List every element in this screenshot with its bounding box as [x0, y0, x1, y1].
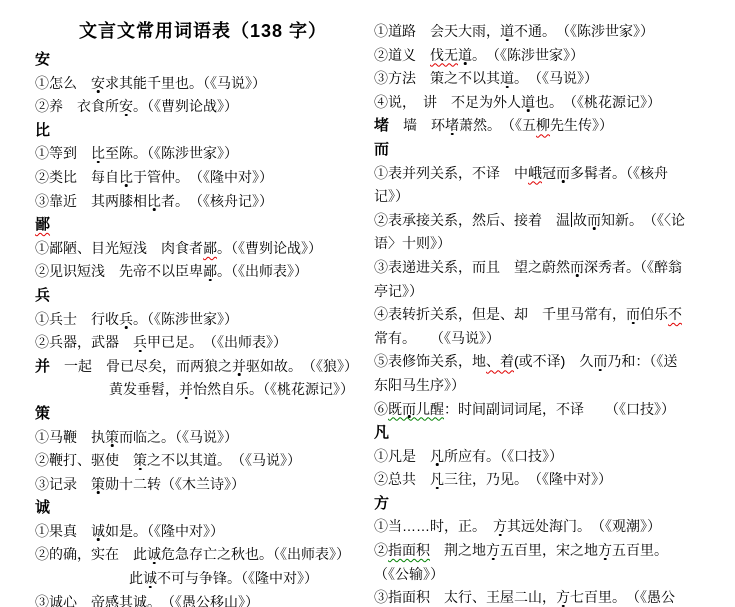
emphasized-character: 而: [626, 306, 640, 322]
text-segment: ②: [374, 542, 388, 558]
text-segment: 此: [129, 570, 143, 586]
text-line[interactable]: ②见识短浅 先帝不以臣卑鄙。（《出师表》）: [35, 260, 371, 284]
text-segment: 。 （《陈涉世家》）: [472, 47, 584, 63]
text-line[interactable]: 黄发垂髫，并怡然自乐。（《桃花源记》）: [35, 378, 371, 402]
entry-header-line[interactable]: 鄙: [35, 213, 371, 237]
emphasized-character: 道: [500, 23, 514, 39]
headword: 堵: [374, 117, 389, 134]
text-segment: 知新。 （《〈论: [601, 212, 685, 228]
emphasized-character: 策: [105, 429, 119, 445]
grammarcheck-underlined-text: 儿醒: [416, 401, 444, 417]
spellcheck-underlined-text: 柳: [536, 117, 550, 133]
text-segment: ①怎么: [35, 75, 91, 91]
text-line[interactable]: ①马鞭 执策而临之。（《马说》）: [35, 426, 371, 450]
text-segment: 乃和：（《送: [607, 353, 677, 369]
text-line[interactable]: ②鞭打、驱使 策之不以其道。 （《马说》）: [35, 449, 371, 473]
text-segment: 三往，乃见。 （《隆中对》）: [444, 471, 612, 487]
text-segment: 之不以其道。 （《马说》）: [147, 452, 301, 468]
text-segment: 一起 骨已尽矣，而两狼之: [50, 358, 232, 374]
text-segment: 荆之地: [430, 542, 486, 558]
text-segment: ④说， 讲 不足为外人: [374, 94, 521, 110]
emphasized-character: 比: [147, 193, 161, 209]
spellcheck-underlined-text: 伐无: [430, 47, 458, 63]
emphasized-character: 并: [179, 381, 193, 397]
text-segment: ②养 衣食所: [35, 98, 119, 114]
text-segment: ②类比 每自: [35, 169, 119, 185]
text-segment: ：时间副词词尾，不译 （《口技》）: [444, 401, 675, 417]
emphasized-character: 诚: [133, 594, 147, 607]
grammarcheck-underlined-text: 指面积: [388, 542, 430, 558]
emphasized-character: 安: [119, 98, 133, 114]
text-segment: 求其能千里也。（《马说》）: [105, 75, 266, 91]
text-line[interactable]: ⑥既而儿醒：时间副词词尾，不译 （《口技》）: [374, 398, 734, 422]
text-line[interactable]: ②兵器，武器 兵甲已足。 （《出师表》）: [35, 331, 371, 355]
emphasized-character: 道: [458, 47, 472, 63]
emphasized-character: 而: [587, 212, 601, 228]
entry-header-line[interactable]: 而: [374, 138, 734, 162]
text-segment: 。 （《马说》）: [514, 70, 598, 86]
text-segment: ②兵器，武器: [35, 334, 133, 350]
entry-header-line[interactable]: 兵: [35, 284, 371, 308]
text-segment: 五百里，宋之地: [500, 542, 598, 558]
text-segment: ③指面积 太行、王屋二山，: [374, 589, 556, 605]
text-segment: 驱如故。 （《狼》）: [246, 358, 358, 374]
text-line[interactable]: ③指面积 太行、王屋二山，方七百里。 （《愚公: [374, 586, 734, 607]
text-segment: 不可与争锋。（《隆中对》）: [157, 570, 318, 586]
text-segment: ③记录: [35, 476, 91, 492]
left-column-lines: 安①怎么 安求其能千里也。（《马说》）②养 衣食所安。（《曹刿论战》）比①等到 …: [35, 48, 371, 607]
emphasized-character: 兵: [119, 311, 133, 327]
text-segment: 黄发垂髫，: [109, 381, 179, 397]
emphasized-character: 道: [500, 70, 514, 86]
text-segment: 深秀者。（《醉翁: [584, 259, 682, 275]
text-segment: ②鞭打、驱使: [35, 452, 133, 468]
text-segment: 至陈。（《陈涉世家》）: [105, 145, 238, 161]
text-segment: 墙 环: [389, 117, 445, 133]
text-segment: 常有。 （《马说》）: [374, 330, 500, 346]
text-segment: ③靠近 其两膝相: [35, 193, 147, 209]
headword: 方: [374, 495, 389, 512]
grammarcheck-underlined-text: 而: [402, 401, 416, 417]
text-segment: 。（《出师表》）: [217, 263, 308, 279]
headword: 并: [35, 358, 50, 375]
text-line[interactable]: ②指面积 荆之地方五百里，宋之地方五百里。: [374, 539, 734, 563]
text-segment: ②总共: [374, 471, 430, 487]
text-segment: ①兵士 行收: [35, 311, 119, 327]
emphasized-character: 方: [493, 518, 507, 534]
text-segment: 故: [573, 212, 587, 228]
text-segment: 七百里。 （《愚公: [570, 589, 675, 605]
spellcheck-underlined-text: 不: [668, 306, 682, 322]
text-line[interactable]: ②的确，实在 此诚危急存亡之秋也。（《出师表》）: [35, 543, 371, 567]
text-segment: ①果真: [35, 523, 91, 539]
document-title[interactable]: 文言文常用词语表（138 字）: [35, 16, 371, 48]
text-segment: 伯乐: [640, 306, 668, 322]
emphasized-character: 并: [232, 358, 246, 374]
emphasized-character: 比: [91, 145, 105, 161]
headword: 兵: [35, 287, 50, 304]
text-segment: ②表承接关系，然后、接着 温: [374, 212, 570, 228]
headword: 而: [374, 141, 389, 158]
headword: 凡: [374, 424, 389, 441]
text-cursor: [571, 212, 572, 227]
emphasized-character: 策: [133, 452, 147, 468]
text-line[interactable]: 此诚不可与争锋。（《隆中对》）: [35, 567, 371, 591]
text-segment: 先生传》）: [550, 117, 613, 133]
headword: 鄙: [35, 216, 50, 233]
text-segment: 也。 （《桃花源记》）: [535, 94, 661, 110]
text-segment: （《公输》）: [374, 566, 444, 582]
text-segment: 东阳马生序》）: [374, 377, 465, 393]
text-line[interactable]: ④说， 讲 不足为外人道也。 （《桃花源记》）: [374, 91, 734, 115]
emphasized-character: 方: [486, 542, 500, 558]
right-column-lines: ①道路 会天大雨，道不通。 （《陈涉世家》）②道义 伐无道。 （《陈涉世家》）③…: [374, 20, 734, 607]
text-segment: 多髯者。（《核舟: [570, 165, 668, 181]
left-text-column: 文言文常用词语表（138 字） 安①怎么 安求其能千里也。（《马说》）②养 衣食…: [35, 16, 371, 607]
emphasized-character: 凡: [430, 471, 444, 487]
text-line[interactable]: ②总共 凡三往，乃见。 （《隆中对》）: [374, 468, 734, 492]
text-segment: 危急存亡之秋也。（《出师表》）: [161, 546, 350, 562]
text-line[interactable]: ③表递进关系，而且 望之蔚然而深秀者。（《醉翁: [374, 256, 734, 280]
text-line[interactable]: ③诚心 帝感其诚。 （《愚公移山》）: [35, 591, 371, 607]
text-segment: 冠: [542, 165, 556, 181]
text-line[interactable]: 并 一起 骨已尽矣，而两狼之并驱如故。 （《狼》）: [35, 355, 371, 379]
text-line[interactable]: ③方法 策之不以其道。 （《马说》）: [374, 67, 734, 91]
text-line[interactable]: ①道路 会天大雨，道不通。 （《陈涉世家》）: [374, 20, 734, 44]
spellcheck-underlined-text: 、着: [486, 353, 514, 369]
text-segment: 语〉十则》）: [374, 235, 451, 251]
text-segment: 亭记》）: [374, 283, 423, 299]
text-segment: ④表转折关系，但是、却 千里马常有，: [374, 306, 626, 322]
text-segment: 者。 （《核舟记》）: [161, 193, 273, 209]
text-segment: ②道义: [374, 47, 430, 63]
grammarcheck-underlined-text: 既: [388, 401, 402, 417]
text-line[interactable]: （《公输》）: [374, 563, 734, 587]
emphasized-character: 道: [521, 94, 535, 110]
spellcheck-underlined-text: 鄙: [203, 240, 217, 256]
text-line[interactable]: ①凡是 凡所应有。（《口技》）: [374, 445, 734, 469]
text-segment: ①当……时，正。: [374, 518, 493, 534]
headword: 诚: [35, 499, 50, 516]
text-segment: 如是。（《隆中对》）: [105, 523, 224, 539]
text-line[interactable]: ①表并列关系，不译 中峨冠而多髯者。（《核舟: [374, 162, 734, 186]
emphasized-character: 诚: [147, 546, 161, 562]
emphasized-character: 诚: [91, 523, 105, 539]
entry-header-line[interactable]: 比: [35, 119, 371, 143]
emphasized-character: 而: [593, 353, 607, 369]
text-line[interactable]: ②表承接关系，然后、接着 温故而知新。 （《〈论: [374, 209, 734, 233]
text-segment: 怡然自乐。（《桃花源记》）: [193, 381, 354, 397]
emphasized-character: 而: [556, 165, 570, 181]
text-segment: ①马鞭 执: [35, 429, 105, 445]
emphasized-character: 凡: [430, 448, 444, 464]
text-line[interactable]: 语〉十则》）: [374, 232, 734, 256]
text-line[interactable]: ③靠近 其两膝相比者。 （《核舟记》）: [35, 190, 371, 214]
right-text-column: ①道路 会天大雨，道不通。 （《陈涉世家》）②道义 伐无道。 （《陈涉世家》）③…: [374, 20, 734, 607]
text-line[interactable]: ①兵士 行收兵。（《陈涉世家》）: [35, 308, 371, 332]
text-segment: 其远处海门。 （《观潮》）: [507, 518, 661, 534]
text-segment: ①鄙陋、目光短浅 肉食者: [35, 240, 203, 256]
text-line[interactable]: ①果真 诚如是。（《隆中对》）: [35, 520, 371, 544]
text-segment: 勋十二转（《木兰诗》）: [105, 476, 245, 492]
text-segment: 所应有。（《口技》）: [444, 448, 563, 464]
text-line[interactable]: ①当……时，正。 方其远处海门。 （《观潮》）: [374, 515, 734, 539]
text-segment: ⑤表修饰关系，地: [374, 353, 486, 369]
emphasized-character: 鄙: [203, 263, 217, 279]
spellcheck-underlined-text: 峨: [528, 165, 542, 181]
document-page[interactable]: 文言文常用词语表（138 字） 安①怎么 安求其能千里也。（《马说》）②养 衣食…: [0, 0, 735, 607]
text-line[interactable]: 东阳马生序》）: [374, 374, 734, 398]
text-segment: ③表递进关系，而且 望之蔚然: [374, 259, 570, 275]
text-segment: ③方法 策之不以其: [374, 70, 500, 86]
text-segment: ②见识短浅 先帝不以臣卑: [35, 263, 203, 279]
text-line[interactable]: 亭记》）: [374, 280, 734, 304]
text-segment: 。 （《愚公移山》）: [147, 594, 259, 607]
headword: 安: [35, 51, 50, 68]
text-segment: 甲已足。 （《出师表》）: [147, 334, 287, 350]
text-segment: ①等到: [35, 145, 91, 161]
text-segment: 。（《曹刿论战》）: [133, 98, 238, 114]
text-line[interactable]: 常有。 （《马说》）: [374, 327, 734, 351]
text-line[interactable]: ②养 衣食所安。（《曹刿论战》）: [35, 95, 371, 119]
text-segment: ①表并列关系，不译 中: [374, 165, 528, 181]
emphasized-character: 兵: [133, 334, 147, 350]
text-segment: 。（《陈涉世家》）: [133, 311, 238, 327]
text-line[interactable]: ⑤表修饰关系，地、着(或不译) 久而乃和：（《送: [374, 350, 734, 374]
text-segment: ①道路 会天大雨，: [374, 23, 500, 39]
emphasized-character: 诚: [143, 570, 157, 586]
entry-header-line[interactable]: 安: [35, 48, 371, 72]
text-line[interactable]: ④表转折关系，但是、却 千里马常有，而伯乐不: [374, 303, 734, 327]
emphasized-character: 比: [119, 169, 133, 185]
text-segment: 记》）: [374, 188, 409, 204]
emphasized-character: 方: [598, 542, 612, 558]
headword: 比: [35, 122, 50, 139]
text-line[interactable]: ①等到 比至陈。（《陈涉世家》）: [35, 142, 371, 166]
text-segment: ③诚心 帝感其: [35, 594, 133, 607]
text-line[interactable]: ②类比 每自比于管仲。 （《隆中对》）: [35, 166, 371, 190]
text-segment: (或不译) 久: [514, 353, 593, 369]
text-line[interactable]: 记》）: [374, 185, 734, 209]
emphasized-character: 而: [570, 259, 584, 275]
text-line[interactable]: ①鄙陋、目光短浅 肉食者鄙。（《曹刿论战》）: [35, 237, 371, 261]
text-segment: 于管仲。 （《隆中对》）: [133, 169, 273, 185]
text-segment: 。（《曹刿论战》）: [217, 240, 322, 256]
headword: 策: [35, 405, 50, 422]
emphasized-character: 堵: [445, 117, 459, 133]
emphasized-character: 安: [91, 75, 105, 91]
text-segment: 而临之。（《马说》）: [119, 429, 238, 445]
text-line[interactable]: 堵 墙 环堵萧然。 （《五柳先生传》）: [374, 114, 734, 138]
text-segment: ①凡是: [374, 448, 430, 464]
entry-header-line[interactable]: 策: [35, 402, 371, 426]
entry-header-line[interactable]: 凡: [374, 421, 734, 445]
text-segment: 萧然。 （《五: [459, 117, 536, 133]
text-segment: 五百里。: [612, 542, 668, 558]
text-line[interactable]: ②道义 伐无道。 （《陈涉世家》）: [374, 44, 734, 68]
text-segment: ⑥: [374, 401, 388, 417]
text-line[interactable]: ③记录 策勋十二转（《木兰诗》）: [35, 473, 371, 497]
text-line[interactable]: ①怎么 安求其能千里也。（《马说》）: [35, 72, 371, 96]
emphasized-character: 策: [91, 476, 105, 492]
emphasized-character: 方: [556, 589, 570, 605]
entry-header-line[interactable]: 诚: [35, 496, 371, 520]
entry-header-line[interactable]: 方: [374, 492, 734, 516]
text-segment: ②的确，实在 此: [35, 546, 147, 562]
text-segment: 不通。 （《陈涉世家》）: [514, 23, 654, 39]
